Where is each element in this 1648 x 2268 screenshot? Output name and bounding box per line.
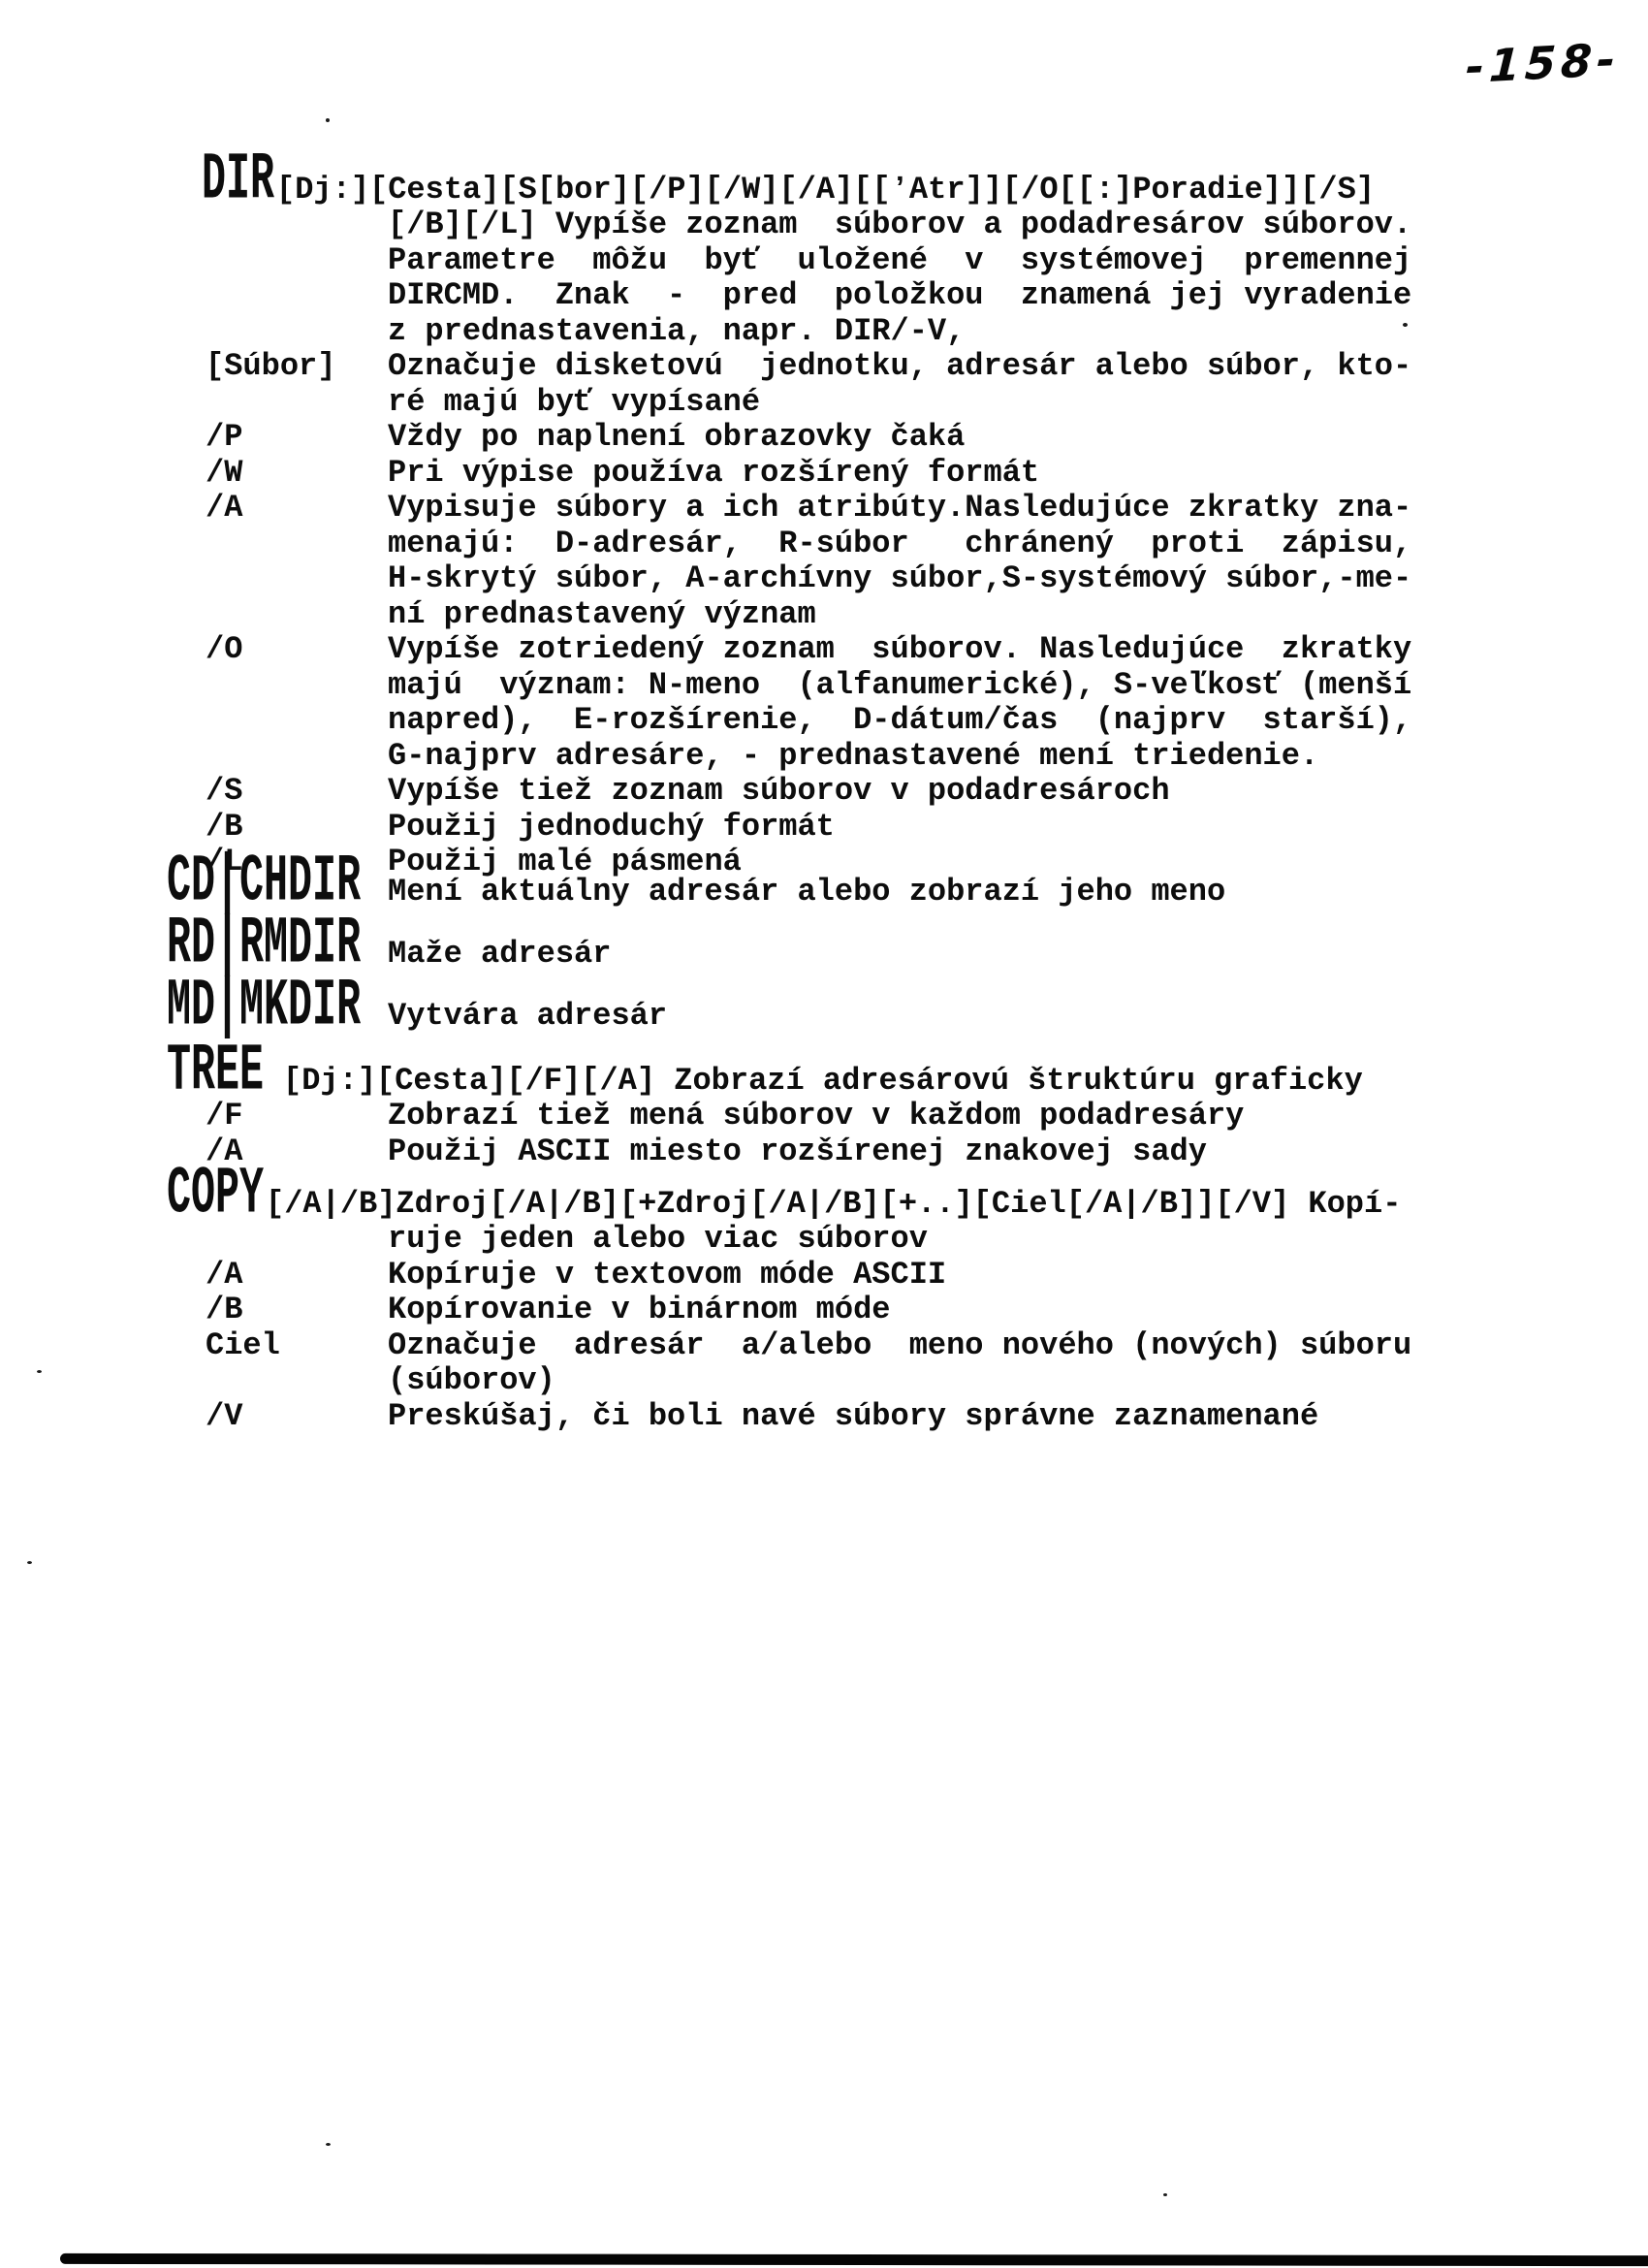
command-dir: DIR xyxy=(202,146,274,213)
param-term: /S xyxy=(206,774,242,809)
text-line: majú význam: N-meno (alfanumerické), S-v… xyxy=(388,668,1411,703)
param-term: /B xyxy=(206,810,242,845)
command-tree: TREE xyxy=(167,1038,264,1104)
text-line: Vypisuje súbory a ich atribúty.Nasledujú… xyxy=(388,491,1411,526)
param-term: /O xyxy=(206,632,242,667)
text-line: Vypíše tiež zoznam súborov v podadresáro… xyxy=(388,774,1170,809)
scan-speck xyxy=(1403,323,1408,327)
param-term: /B xyxy=(206,1293,242,1327)
text-line: menajú: D-adresár, R-súbor chránený prot… xyxy=(388,527,1411,561)
text-line: ní prednastavený význam xyxy=(388,597,816,632)
text-line: Použij ASCII miesto rozšírenej znakovej … xyxy=(388,1134,1207,1169)
text-line: Pri výpise používa rozšírený formát xyxy=(388,456,1039,491)
text-line: DIRCMD. Znak - pred položkou znamená jej… xyxy=(388,278,1411,313)
param-term: [Súbor] xyxy=(206,349,335,384)
param-term: /V xyxy=(206,1399,242,1434)
scan-edge-bar xyxy=(60,2253,1648,2266)
text-line: ré majú byť vypísané xyxy=(388,385,760,420)
tree-syntax: [Dj:][Cesta][/F][/A] Zobrazí adresárovú … xyxy=(283,1064,1363,1099)
param-term: /W xyxy=(206,456,242,491)
param-term: /A xyxy=(206,1258,242,1293)
scan-speck xyxy=(1163,2193,1167,2196)
text-line: Označuje adresár a/alebo meno nového (no… xyxy=(388,1328,1411,1363)
scanned-page: -158- DIR [Dj:][Cesta][S[bor][/P][/W][/A… xyxy=(0,0,1648,2268)
copy-syntax: [/A|/B]Zdroj[/A|/B][+Zdroj[/A|/B][+..][C… xyxy=(266,1187,1401,1222)
text-line: H-skrytý súbor, A-archívny súbor,S-systé… xyxy=(388,561,1411,596)
text-line: Maže adresár xyxy=(388,937,611,972)
text-line: Kopíruje v textovom móde ASCII xyxy=(388,1258,946,1293)
command-copy: COPY xyxy=(167,1161,264,1228)
command-md-mkdir: MD|MKDIR xyxy=(167,973,361,1039)
text-line: Kopírovanie v binárnom móde xyxy=(388,1293,890,1327)
text-line: napred), E-rozšírenie, D-dátum/čas (najp… xyxy=(388,703,1411,738)
text-line: Parametre môžu byť uložené v systémovej … xyxy=(388,243,1411,278)
text-line: [/B][/L] Vypíše zoznam súborov a podadre… xyxy=(388,208,1411,242)
text-line: Použij jednoduchý formát xyxy=(388,810,835,845)
param-term: Ciel xyxy=(206,1328,280,1363)
param-term: /A xyxy=(206,491,242,526)
text-line: (súborov) xyxy=(388,1363,555,1398)
dir-syntax: [Dj:][Cesta][S[bor][/P][/W][/A][[ʼAtr]][… xyxy=(276,173,1375,208)
text-line: Vytvára adresár xyxy=(388,999,667,1034)
scan-speck xyxy=(37,1370,42,1373)
text-line: Zobrazí tiež mená súborov v každom podad… xyxy=(388,1099,1244,1134)
text-line: G-najprv adresáre, - prednastavené mení … xyxy=(388,739,1318,774)
text-line: ruje jeden alebo viac súborov xyxy=(388,1222,928,1257)
text-line: Mení aktuálny adresár alebo zobrazí jeho… xyxy=(388,875,1225,910)
text-line: Označuje disketovú jednotku, adresár ale… xyxy=(388,349,1411,384)
scan-speck xyxy=(326,2143,331,2146)
scan-speck xyxy=(27,1561,32,1564)
param-term: /P xyxy=(206,420,242,455)
text-line: Vypíše zotriedený zoznam súborov. Nasled… xyxy=(388,632,1411,667)
text-line: Vždy po naplnení obrazovky čaká xyxy=(388,420,965,455)
text-line: z prednastavenia, napr. DIR/-V, xyxy=(388,314,965,349)
scan-speck xyxy=(326,118,330,122)
param-term: /F xyxy=(206,1099,242,1134)
page-number: -158- xyxy=(1465,33,1622,94)
text-line: Preskúšaj, či boli navé súbory správne z… xyxy=(388,1399,1318,1434)
